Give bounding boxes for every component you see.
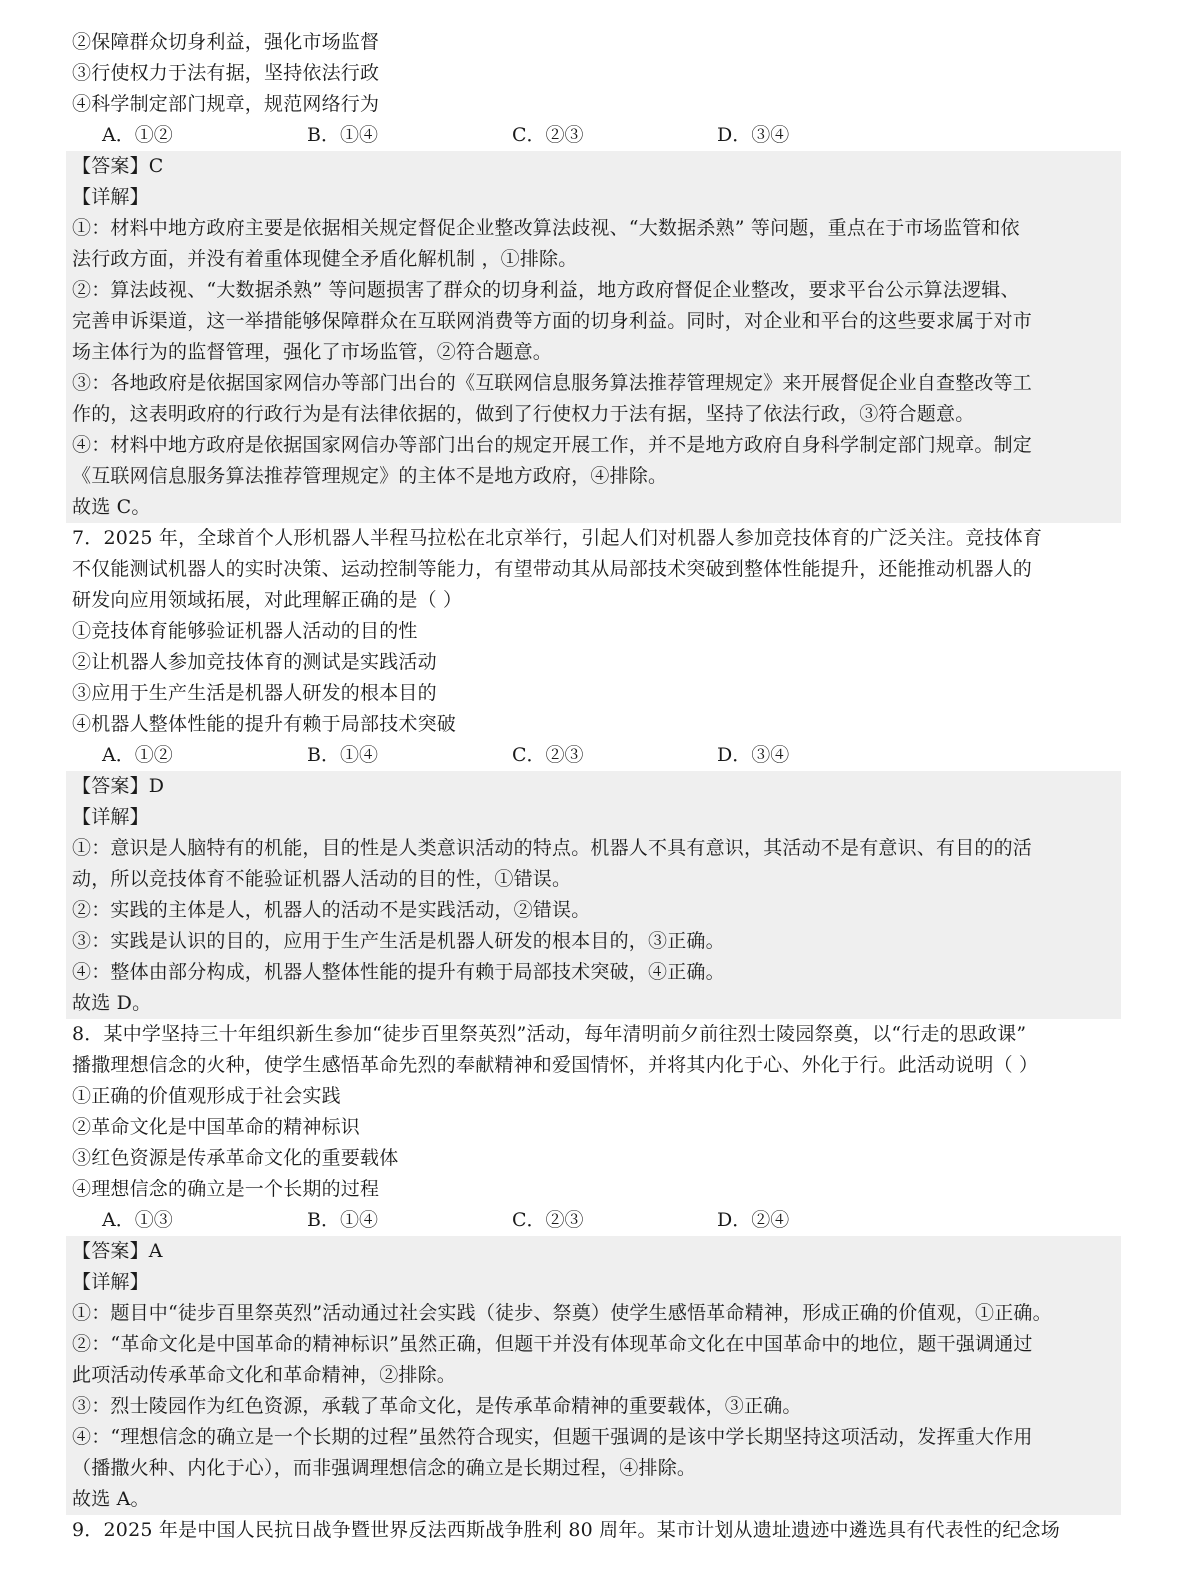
question-stem: 8．某中学坚持三十年组织新生参加“徒步百里祭英烈”活动，每年清明前夕前往烈士陵园… [0, 1019, 1190, 1050]
detail-line: （播撒火种、内化于心），而非强调理想信念的确立是长期过程，④排除。 [66, 1453, 1121, 1484]
options-row: A．①② B．①④ C．②③ D．③④ [0, 120, 1190, 151]
option-c: C．②③ [512, 120, 717, 151]
option-a: A．①② [102, 740, 307, 771]
conclusion: 故选 C。 [66, 492, 1121, 523]
option-a: A．①③ [102, 1205, 307, 1236]
detail-line: ③：烈士陵园作为红色资源，承载了革命文化，是传承革命精神的重要载体，③正确。 [66, 1391, 1121, 1422]
detail-line: ④：“理想信念的确立是一个长期的过程”虽然符合现实，但题干强调的是该中学长期坚持… [66, 1422, 1121, 1453]
statement: ④理想信念的确立是一个长期的过程 [0, 1174, 1190, 1205]
statement: ②让机器人参加竞技体育的测试是实践活动 [0, 647, 1190, 678]
detail-line: 法行政方面，并没有着重体现健全矛盾化解机制 ，①排除。 [66, 244, 1121, 275]
options-row: A．①② B．①④ C．②③ D．③④ [0, 740, 1190, 771]
question-stem: 研发向应用领域拓展，对此理解正确的是（ ） [0, 585, 1190, 616]
question-9: 9．2025 年是中国人民抗日战争暨世界反法西斯战争胜利 80 周年。某市计划从… [0, 1515, 1190, 1546]
question-7: 7．2025 年，全球首个人形机器人半程马拉松在北京举行，引起人们对机器人参加竞… [0, 523, 1190, 1019]
statement: ④科学制定部门规章，规范网络行为 [0, 89, 1190, 120]
statement: ①正确的价值观形成于社会实践 [0, 1081, 1190, 1112]
statement: ②保障群众切身利益，强化市场监督 [0, 27, 1190, 58]
detail-line: 完善申诉渠道，这一举措能够保障群众在互联网消费等方面的切身利益。同时，对企业和平… [66, 306, 1121, 337]
option-a: A．①② [102, 120, 307, 151]
detail-line: 动，所以竞技体育不能验证机器人活动的目的性，①错误。 [66, 864, 1121, 895]
option-c: C．②③ [512, 740, 717, 771]
answer-label: 【答案】D [66, 771, 1121, 802]
option-d: D．③④ [717, 740, 922, 771]
detail-line: 此项活动传承革命文化和革命精神，②排除。 [66, 1360, 1121, 1391]
detail-line: 作的，这表明政府的行政行为是有法律依据的，做到了行使权力于法有据，坚持了依法行政… [66, 399, 1121, 430]
question-stem: 不仅能测试机器人的实时决策、运动控制等能力，有望带动其从局部技术突破到整体性能提… [0, 554, 1190, 585]
analysis-block: 【答案】C 【详解】 ①：材料中地方政府主要是依据相关规定督促企业整改算法歧视、… [66, 151, 1121, 523]
option-b: B．①④ [307, 740, 512, 771]
answer-label: 【答案】C [66, 151, 1121, 182]
statement: ③行使权力于法有据，坚持依法行政 [0, 58, 1190, 89]
option-c: C．②③ [512, 1205, 717, 1236]
conclusion: 故选 A。 [66, 1484, 1121, 1515]
option-b: B．①④ [307, 1205, 512, 1236]
detail-line: ①：意识是人脑特有的机能，目的性是人类意识活动的特点。机器人不具有意识，其活动不… [66, 833, 1121, 864]
conclusion: 故选 D。 [66, 988, 1121, 1019]
statement: ③应用于生产生活是机器人研发的根本目的 [0, 678, 1190, 709]
analysis-block: 【答案】D 【详解】 ①：意识是人脑特有的机能，目的性是人类意识活动的特点。机器… [66, 771, 1121, 1019]
detail-line: ②：实践的主体是人，机器人的活动不是实践活动，②错误。 [66, 895, 1121, 926]
statement: ③红色资源是传承革命文化的重要载体 [0, 1143, 1190, 1174]
detail-label: 【详解】 [66, 1267, 1121, 1298]
detail-label: 【详解】 [66, 802, 1121, 833]
statement: ④机器人整体性能的提升有赖于局部技术突破 [0, 709, 1190, 740]
statement: ②革命文化是中国革命的精神标识 [0, 1112, 1190, 1143]
question-stem: 播撒理想信念的火种，使学生感悟革命先烈的奉献精神和爱国情怀，并将其内化于心、外化… [0, 1050, 1190, 1081]
question-stem: 7．2025 年，全球首个人形机器人半程马拉松在北京举行，引起人们对机器人参加竞… [0, 523, 1190, 554]
detail-line: ④：整体由部分构成，机器人整体性能的提升有赖于局部技术突破，④正确。 [66, 957, 1121, 988]
exam-page: ②保障群众切身利益，强化市场监督 ③行使权力于法有据，坚持依法行政 ④科学制定部… [0, 27, 1190, 1546]
detail-line: ③：各地政府是依据国家网信办等部门出台的《互联网信息服务算法推荐管理规定》来开展… [66, 368, 1121, 399]
detail-line: 《互联网信息服务算法推荐管理规定》的主体不是地方政府，④排除。 [66, 461, 1121, 492]
detail-line: ①：题目中“徒步百里祭英烈”活动通过社会实践（徒步、祭奠）使学生感悟革命精神，形… [66, 1298, 1121, 1329]
analysis-block: 【答案】A 【详解】 ①：题目中“徒步百里祭英烈”活动通过社会实践（徒步、祭奠）… [66, 1236, 1121, 1515]
answer-label: 【答案】A [66, 1236, 1121, 1267]
question-stem: 9．2025 年是中国人民抗日战争暨世界反法西斯战争胜利 80 周年。某市计划从… [0, 1515, 1190, 1546]
detail-line: ②：“革命文化是中国革命的精神标识”虽然正确，但题干并没有体现革命文化在中国革命… [66, 1329, 1121, 1360]
detail-label: 【详解】 [66, 182, 1121, 213]
detail-line: ③：实践是认识的目的，应用于生产生活是机器人研发的根本目的，③正确。 [66, 926, 1121, 957]
detail-line: ④：材料中地方政府是依据国家网信办等部门出台的规定开展工作，并不是地方政府自身科… [66, 430, 1121, 461]
option-d: D．②④ [717, 1205, 922, 1236]
option-b: B．①④ [307, 120, 512, 151]
statement: ①竞技体育能够验证机器人活动的目的性 [0, 616, 1190, 647]
detail-line: ②：算法歧视、“大数据杀熟” 等问题损害了群众的切身利益，地方政府督促企业整改，… [66, 275, 1121, 306]
question-8: 8．某中学坚持三十年组织新生参加“徒步百里祭英烈”活动，每年清明前夕前往烈士陵园… [0, 1019, 1190, 1515]
detail-line: ①：材料中地方政府主要是依据相关规定督促企业整改算法歧视、“大数据杀熟” 等问题… [66, 213, 1121, 244]
detail-line: 场主体行为的监督管理，强化了市场监管，②符合题意。 [66, 337, 1121, 368]
options-row: A．①③ B．①④ C．②③ D．②④ [0, 1205, 1190, 1236]
option-d: D．③④ [717, 120, 922, 151]
question-6-tail: ②保障群众切身利益，强化市场监督 ③行使权力于法有据，坚持依法行政 ④科学制定部… [0, 27, 1190, 523]
